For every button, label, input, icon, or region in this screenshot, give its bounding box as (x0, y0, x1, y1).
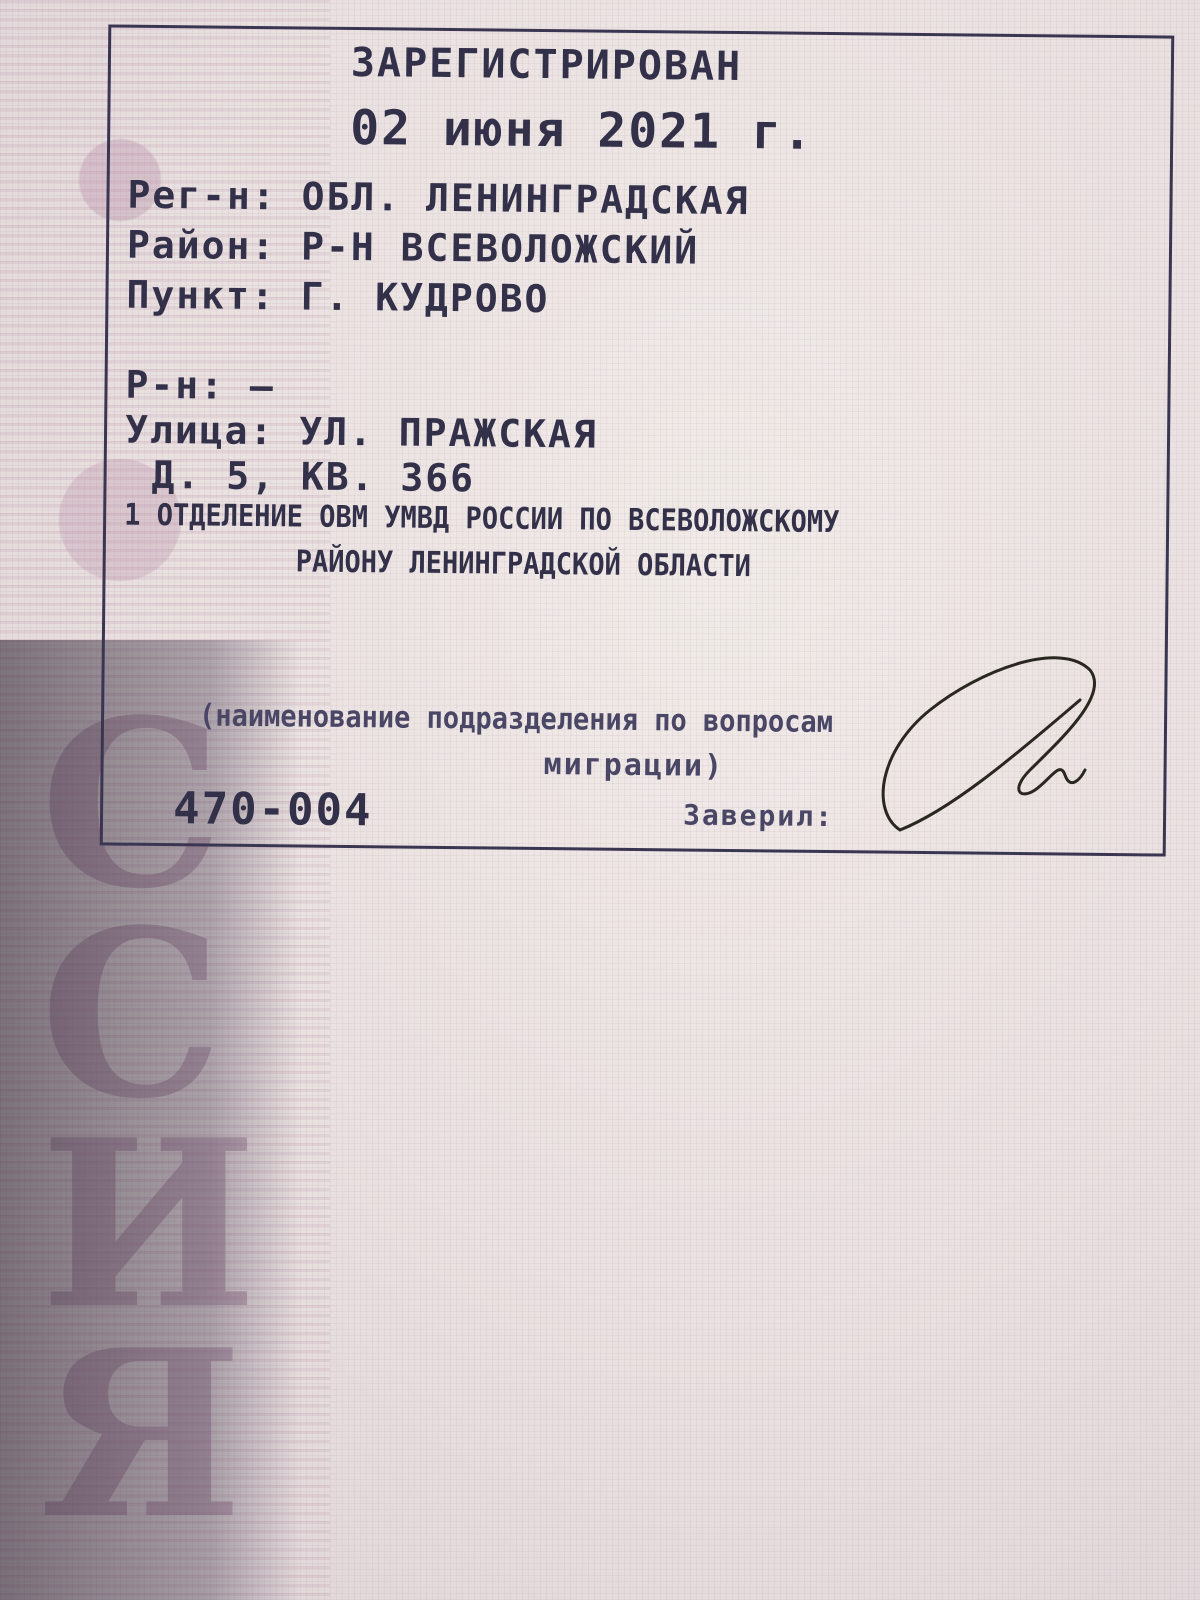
department-line2: РАЙОНУ ЛЕНИНГРАДСКОЙ ОБЛАСТИ (296, 544, 752, 584)
stamp-title: ЗАРЕГИСТРИРОВАН (351, 40, 743, 90)
signature-icon (860, 640, 1120, 840)
department-code: 470-004 (173, 783, 373, 836)
caption-line2: миграции) (543, 747, 724, 784)
department-line1: 1 ОТДЕЛЕНИЕ ОВМ УМВД РОССИИ ПО ВСЕВОЛОЖС… (124, 498, 840, 540)
street-field: Улица: УЛ. ПРАЖСКАЯ (125, 408, 598, 457)
district-field: Район: Р-Н ВСЕВОЛОЖСКИЙ (127, 223, 700, 273)
caption-line1: (наименование подразделения по вопросам (199, 698, 833, 740)
region-field: Рег-н: ОБЛ. ЛЕНИНГРАДСКАЯ (127, 173, 749, 224)
registration-date: 02 июня 2021 г. (350, 100, 814, 161)
rn-field: Р-н: — (125, 363, 275, 409)
certified-label: Заверил: (683, 799, 834, 834)
house-field: Д. 5, КВ. 366 (151, 453, 475, 500)
locality-field: Пункт: Г. КУДРОВО (126, 273, 549, 321)
